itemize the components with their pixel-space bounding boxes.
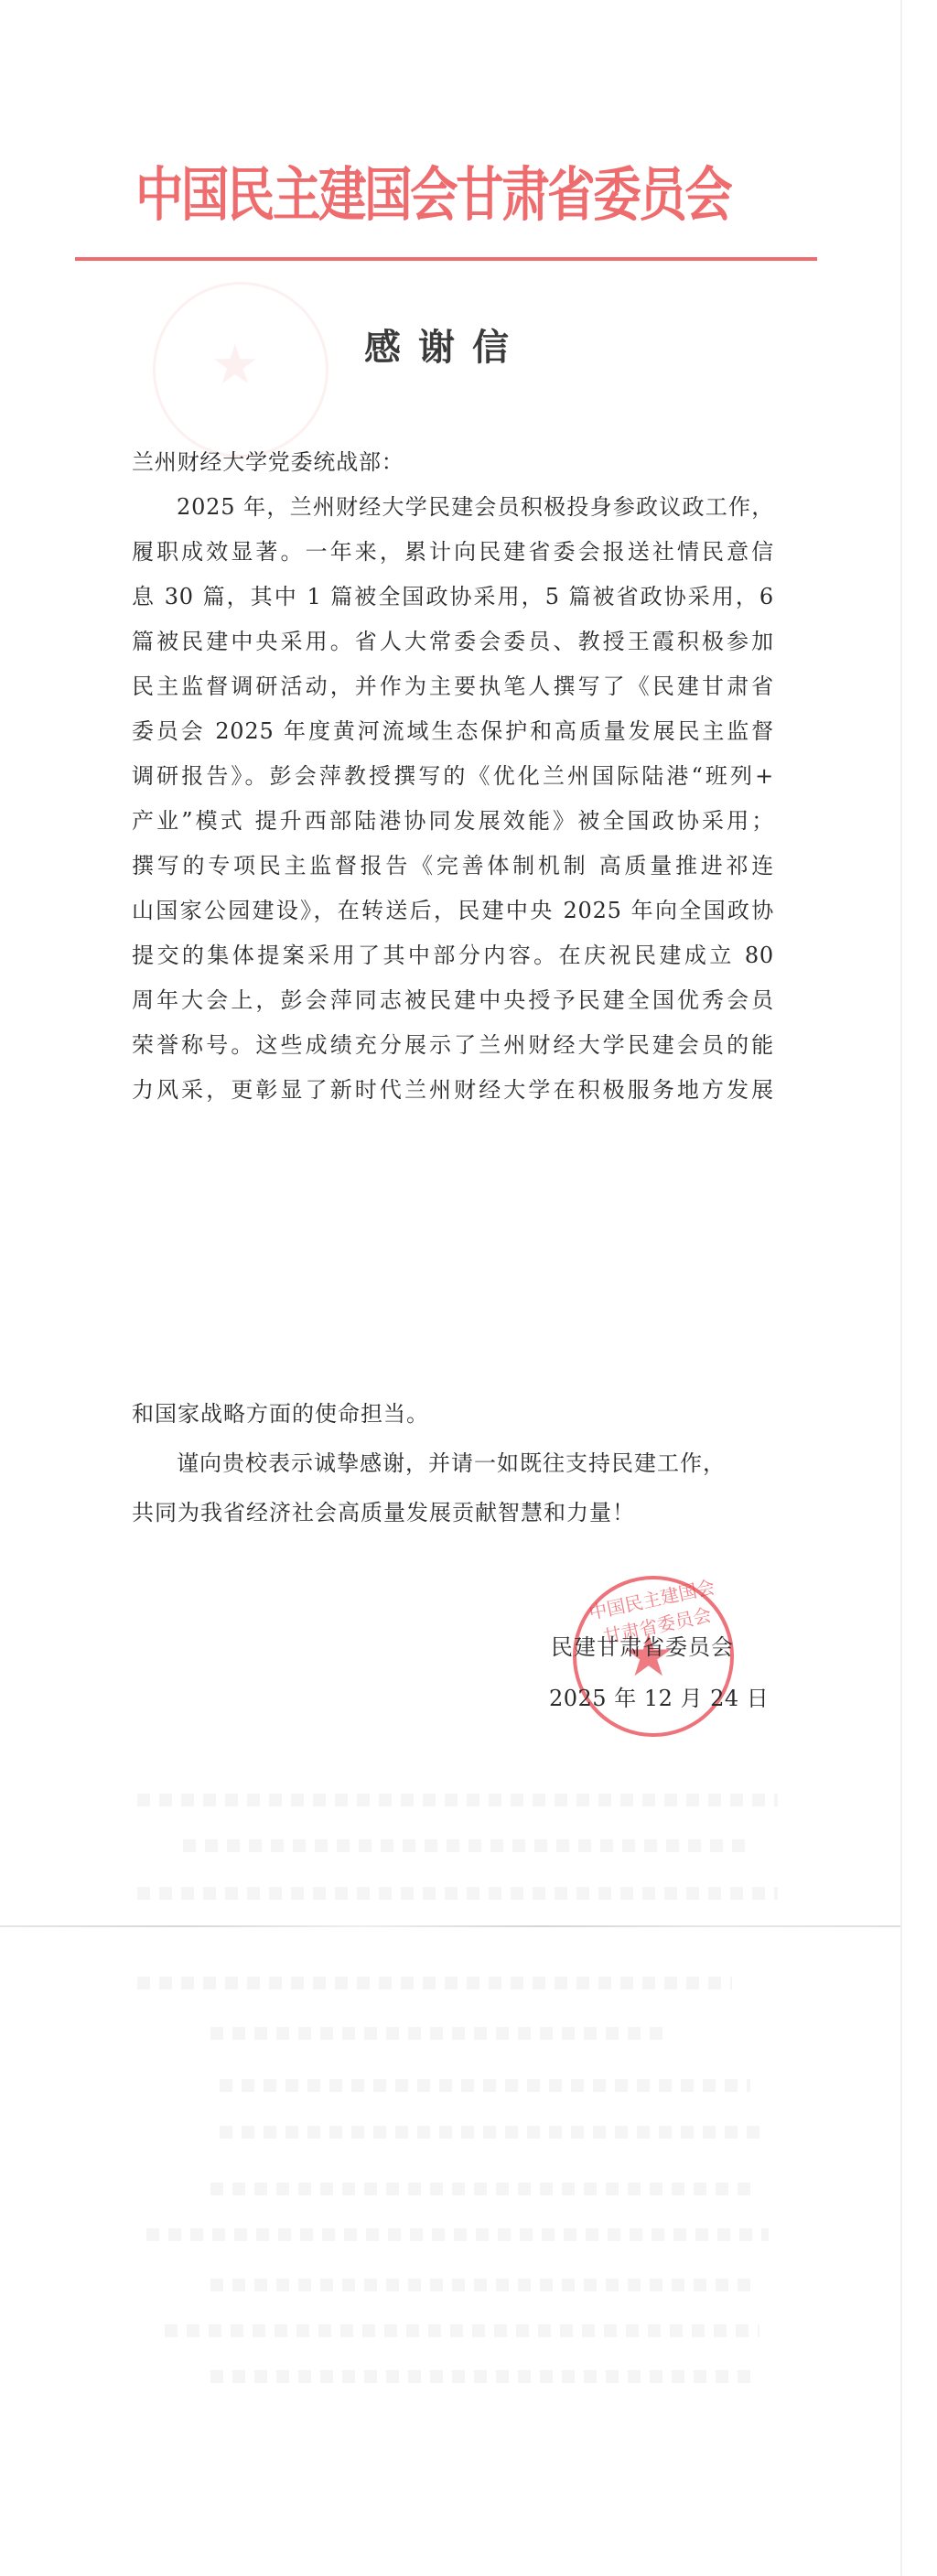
bleed-through-text xyxy=(210,2370,759,2383)
bleed-through-text xyxy=(165,2324,759,2337)
star-icon: ★ xyxy=(210,338,260,393)
bleed-through-text xyxy=(146,2228,769,2241)
body-line: 荣誉称号。这些成绩充分展示了兰州财经大学民建会员的能 xyxy=(132,1023,774,1068)
ghost-seal-icon: ★ xyxy=(153,282,328,458)
body-line: 周年大会上，彭会萍同志被民建中央授予民建全国优秀会员 xyxy=(132,978,774,1023)
signature-date: 2025 年 12 月 24 日 xyxy=(549,1680,759,1717)
bleed-through-text xyxy=(210,2279,759,2291)
bleed-through-text xyxy=(137,1887,778,1900)
bleed-through-text xyxy=(183,1839,750,1852)
body-line: 撰写的专项民主监督报告《完善体制机制 高质量推进祁连 xyxy=(132,844,774,889)
body-line: 民主监督调研活动，并作为主要执笔人撰写了《民建甘肃省 xyxy=(132,664,774,709)
body-line: 委员会 2025 年度黄河流域生态保护和高质量发展民主监督 xyxy=(132,709,774,754)
letterhead-red-rule xyxy=(75,257,817,261)
body-continuation: 和国家战略方面的使命担当。 xyxy=(132,1394,429,1434)
bleed-through-text xyxy=(210,2183,759,2195)
closing-line: 谨向贵校表示诚挚感谢，并请一如既往支持民建工作， xyxy=(177,1443,726,1483)
body-line: 履职成效显著。一年来，累计向民建省委会报送社情民意信 xyxy=(132,530,774,575)
bleed-through-text xyxy=(137,1794,778,1806)
document-heading: 感谢信 xyxy=(364,320,547,375)
salutation: 兰州财经大学党委统战部： xyxy=(132,440,404,485)
page-fold-line xyxy=(0,1925,900,1927)
body-line: 篇被民建中央采用。省人大常委会委员、教授王霞积极参加 xyxy=(132,620,774,664)
body-line: 力风采，更彰显了新时代兰州财经大学在积极服务地方发展 xyxy=(132,1068,774,1113)
body-line: 调研报告》。彭会萍教授撰写的《优化兰州国际陆港“班列+ xyxy=(132,754,774,799)
bleed-through-text xyxy=(137,1977,732,1989)
body-line: 山国家公园建设》，在转送后，民建中央 2025 年向全国政协 xyxy=(132,889,774,933)
closing-line: 共同为我省经济社会高质量发展贡献智慧和力量！ xyxy=(132,1493,635,1533)
body-line: 2025 年，兰州财经大学民建会员积极投身参政议政工作， xyxy=(132,485,774,530)
body-line: 提交的集体提案采用了其中部分内容。在庆祝民建成立 80 xyxy=(132,933,774,978)
bleed-through-text xyxy=(210,2027,668,2040)
body-line: 息 30 篇，其中 1 篇被全国政协采用，5 篇被省政协采用，6 xyxy=(132,575,774,620)
letterhead-organization: 中国民主建国会甘肃省委员会 xyxy=(135,157,653,234)
bleed-through-text xyxy=(220,2126,759,2139)
bleed-through-text xyxy=(220,2079,750,2092)
page-edge xyxy=(900,0,902,2576)
signature-organization: 民建甘肃省委员会 xyxy=(551,1629,752,1665)
body-line: 产业”模式 提升西部陆港协同发展效能》被全国政协采用； xyxy=(132,799,774,844)
